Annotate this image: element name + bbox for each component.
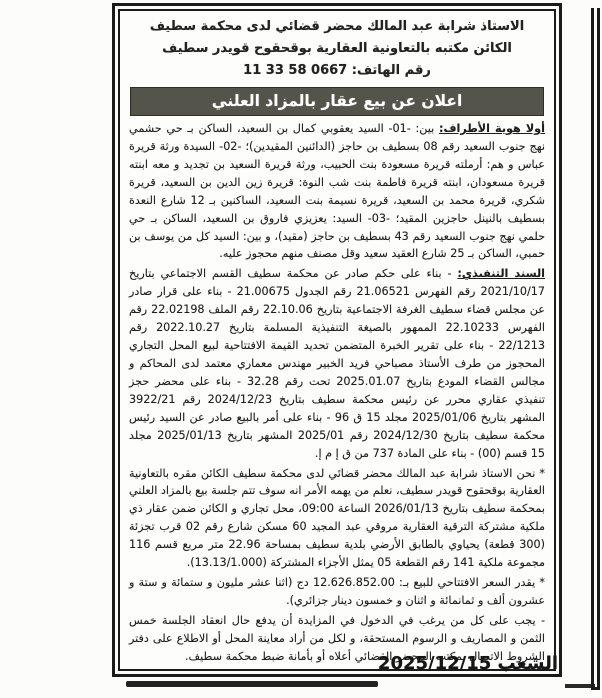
newspaper-name-and-date: الشعب 2025/12/15 <box>378 653 558 674</box>
auction-banner: اعلان عن بيع عقار بالمزاد العلني <box>130 87 544 116</box>
opening-price-paragraph: * يقدر السعر الافتتاحي للبيع بـ: 12.626.… <box>129 574 545 610</box>
phone-line: رقم الهاتف: 0667 58 33 11 <box>129 60 545 82</box>
scanned-newspaper-page: الاستاذ شرابة عبد المالك محضر قضائي لدى … <box>0 0 602 698</box>
bailiff-name-line: الاستاذ شرابة عبد المالك محضر قضائي لدى … <box>129 16 545 38</box>
writ-paragraph: السند التنفيذي: - بناء على حكم صادر عن م… <box>129 265 545 462</box>
writ-text: - بناء على حكم صادر عن محكمة سطيف القسم … <box>129 267 545 459</box>
office-address-line: الكائن مكتبه بالتعاونية العقارية بوقحقوح… <box>129 38 545 60</box>
notice-body: أولا هوية الأطراف: بين: -01- السيد يعقوب… <box>129 120 545 666</box>
parties-label: أولا هوية الأطراف: <box>439 122 545 135</box>
writ-label: السند التنفيذي: <box>457 267 545 280</box>
banner-title: اعلان عن بيع عقار بالمزاد العلني <box>212 92 463 110</box>
auction-notice: الاستاذ شرابة عبد المالك محضر قضائي لدى … <box>118 9 556 671</box>
parties-text: بين: -01- السيد يعقوبي كمال بن السعيد، ا… <box>129 122 545 260</box>
auction-notice-frame: الاستاذ شرابة عبد المالك محضر قضائي لدى … <box>112 3 562 677</box>
footer-heavy-rule <box>126 681 378 687</box>
adjacent-column-frame-fragment <box>591 8 600 690</box>
parties-paragraph: أولا هوية الأطراف: بين: -01- السيد يعقوب… <box>129 120 545 263</box>
sale-announcement-paragraph: * نحن الاستاذ شرابة عبد المالك محضر قضائ… <box>129 465 545 573</box>
